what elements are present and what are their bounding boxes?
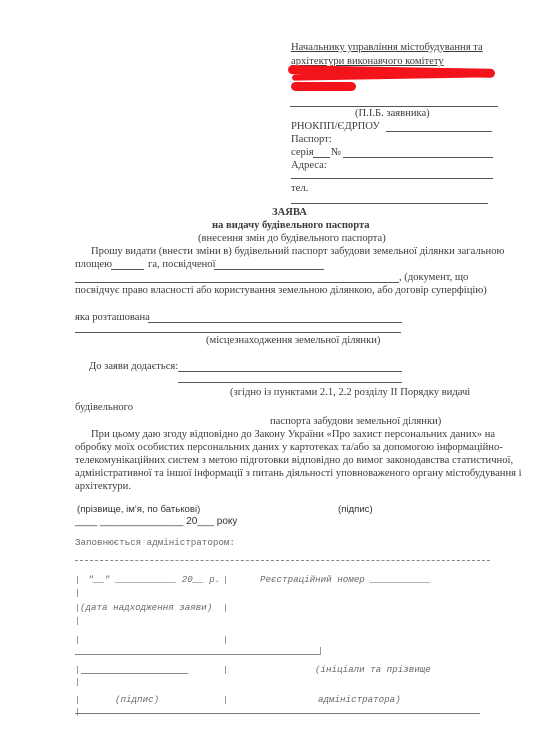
attached-caption-3: паспорта забудови земельної ділянки) (270, 416, 441, 427)
consent-line-4: адміністративної та іншої інформації з п… (75, 468, 522, 479)
document-note: посвідчує право власності або користуван… (75, 285, 487, 296)
admin-initials-caption-1: (ініціали та прізвище (315, 664, 431, 675)
area-field[interactable] (111, 269, 144, 270)
attached-label: До заяви додається: (89, 361, 178, 372)
document-title: ЗАЯВА (272, 207, 307, 218)
location-caption: (місцезнаходження земельної ділянки) (206, 335, 380, 346)
certified-by-field[interactable] (214, 269, 324, 270)
attached-caption-2: будівельного (75, 402, 133, 413)
admin-sign-caption: (підпис) (115, 694, 159, 705)
location-field-1[interactable] (148, 322, 402, 323)
consent-line-1: При цьому даю згоду відповідно до Закону… (91, 429, 495, 440)
attached-caption-1: (згідно із пунктами 2.1, 2.2 розділу II … (230, 387, 470, 398)
document-suffix: , (документ, що (399, 272, 468, 283)
number-field[interactable] (343, 157, 493, 158)
tax-id-field[interactable] (386, 131, 492, 132)
request-line-1: Прошу видати (внести зміни в) будівельни… (91, 246, 504, 257)
attached-field-2[interactable] (178, 382, 402, 383)
admin-initials-caption-2: адміністратора) (318, 694, 401, 705)
admin-bottom-line (75, 713, 480, 714)
area-label: площею (75, 259, 112, 270)
series-label: серія (291, 147, 314, 158)
number-label: № (331, 147, 341, 158)
attached-field-1[interactable] (178, 371, 402, 372)
admin-header: Заповнюється адміністратором: (75, 537, 235, 548)
phone-field[interactable] (291, 203, 488, 204)
series-field[interactable] (313, 157, 330, 158)
admin-signature-field[interactable] (81, 673, 188, 674)
area-unit: га, посвідченої (148, 259, 216, 270)
passport-label: Паспорт: (291, 134, 332, 145)
admin-date-caption: (дата надходження заяви) (80, 602, 212, 613)
admin-row-line (75, 654, 320, 655)
document-field[interactable] (75, 282, 399, 283)
address-label: Адреса: (291, 160, 327, 171)
signature-date-line[interactable]: ____ _______________ 20___ року (75, 516, 237, 527)
registration-number-field[interactable]: Реєстраційний номер ___________ (260, 574, 431, 585)
consent-line-5: архітектури. (75, 481, 131, 492)
consent-line-3: телекомунікаційних систем з метою підгот… (75, 455, 513, 466)
applicant-name-line[interactable] (290, 106, 498, 107)
tax-id-label: РНОКПП/ЄДРПОУ (291, 121, 380, 132)
located-label: яка розташована (75, 312, 150, 323)
applicant-name-caption-bottom: (прізвище, ім'я, по батькові) (77, 504, 200, 515)
admin-date-field[interactable]: "__" ___________ 20__ р. (88, 574, 220, 585)
applicant-name-caption: (П.І.Б. заявника) (355, 108, 430, 119)
address-field[interactable] (291, 178, 493, 179)
applicant-sign-caption: (підпис) (338, 504, 373, 515)
consent-line-2: обробку моїх особистих персональних дани… (75, 442, 503, 453)
admin-separator (75, 560, 490, 561)
phone-label: тел. (291, 183, 308, 194)
document-title-note: (внесення змін до будівельного паспорта) (198, 233, 386, 244)
addressee-line-1: Начальнику управління містобудування та (291, 42, 483, 53)
document-subtitle: на видачу будівельного паспорта (212, 220, 370, 231)
location-field-2[interactable] (75, 332, 401, 333)
